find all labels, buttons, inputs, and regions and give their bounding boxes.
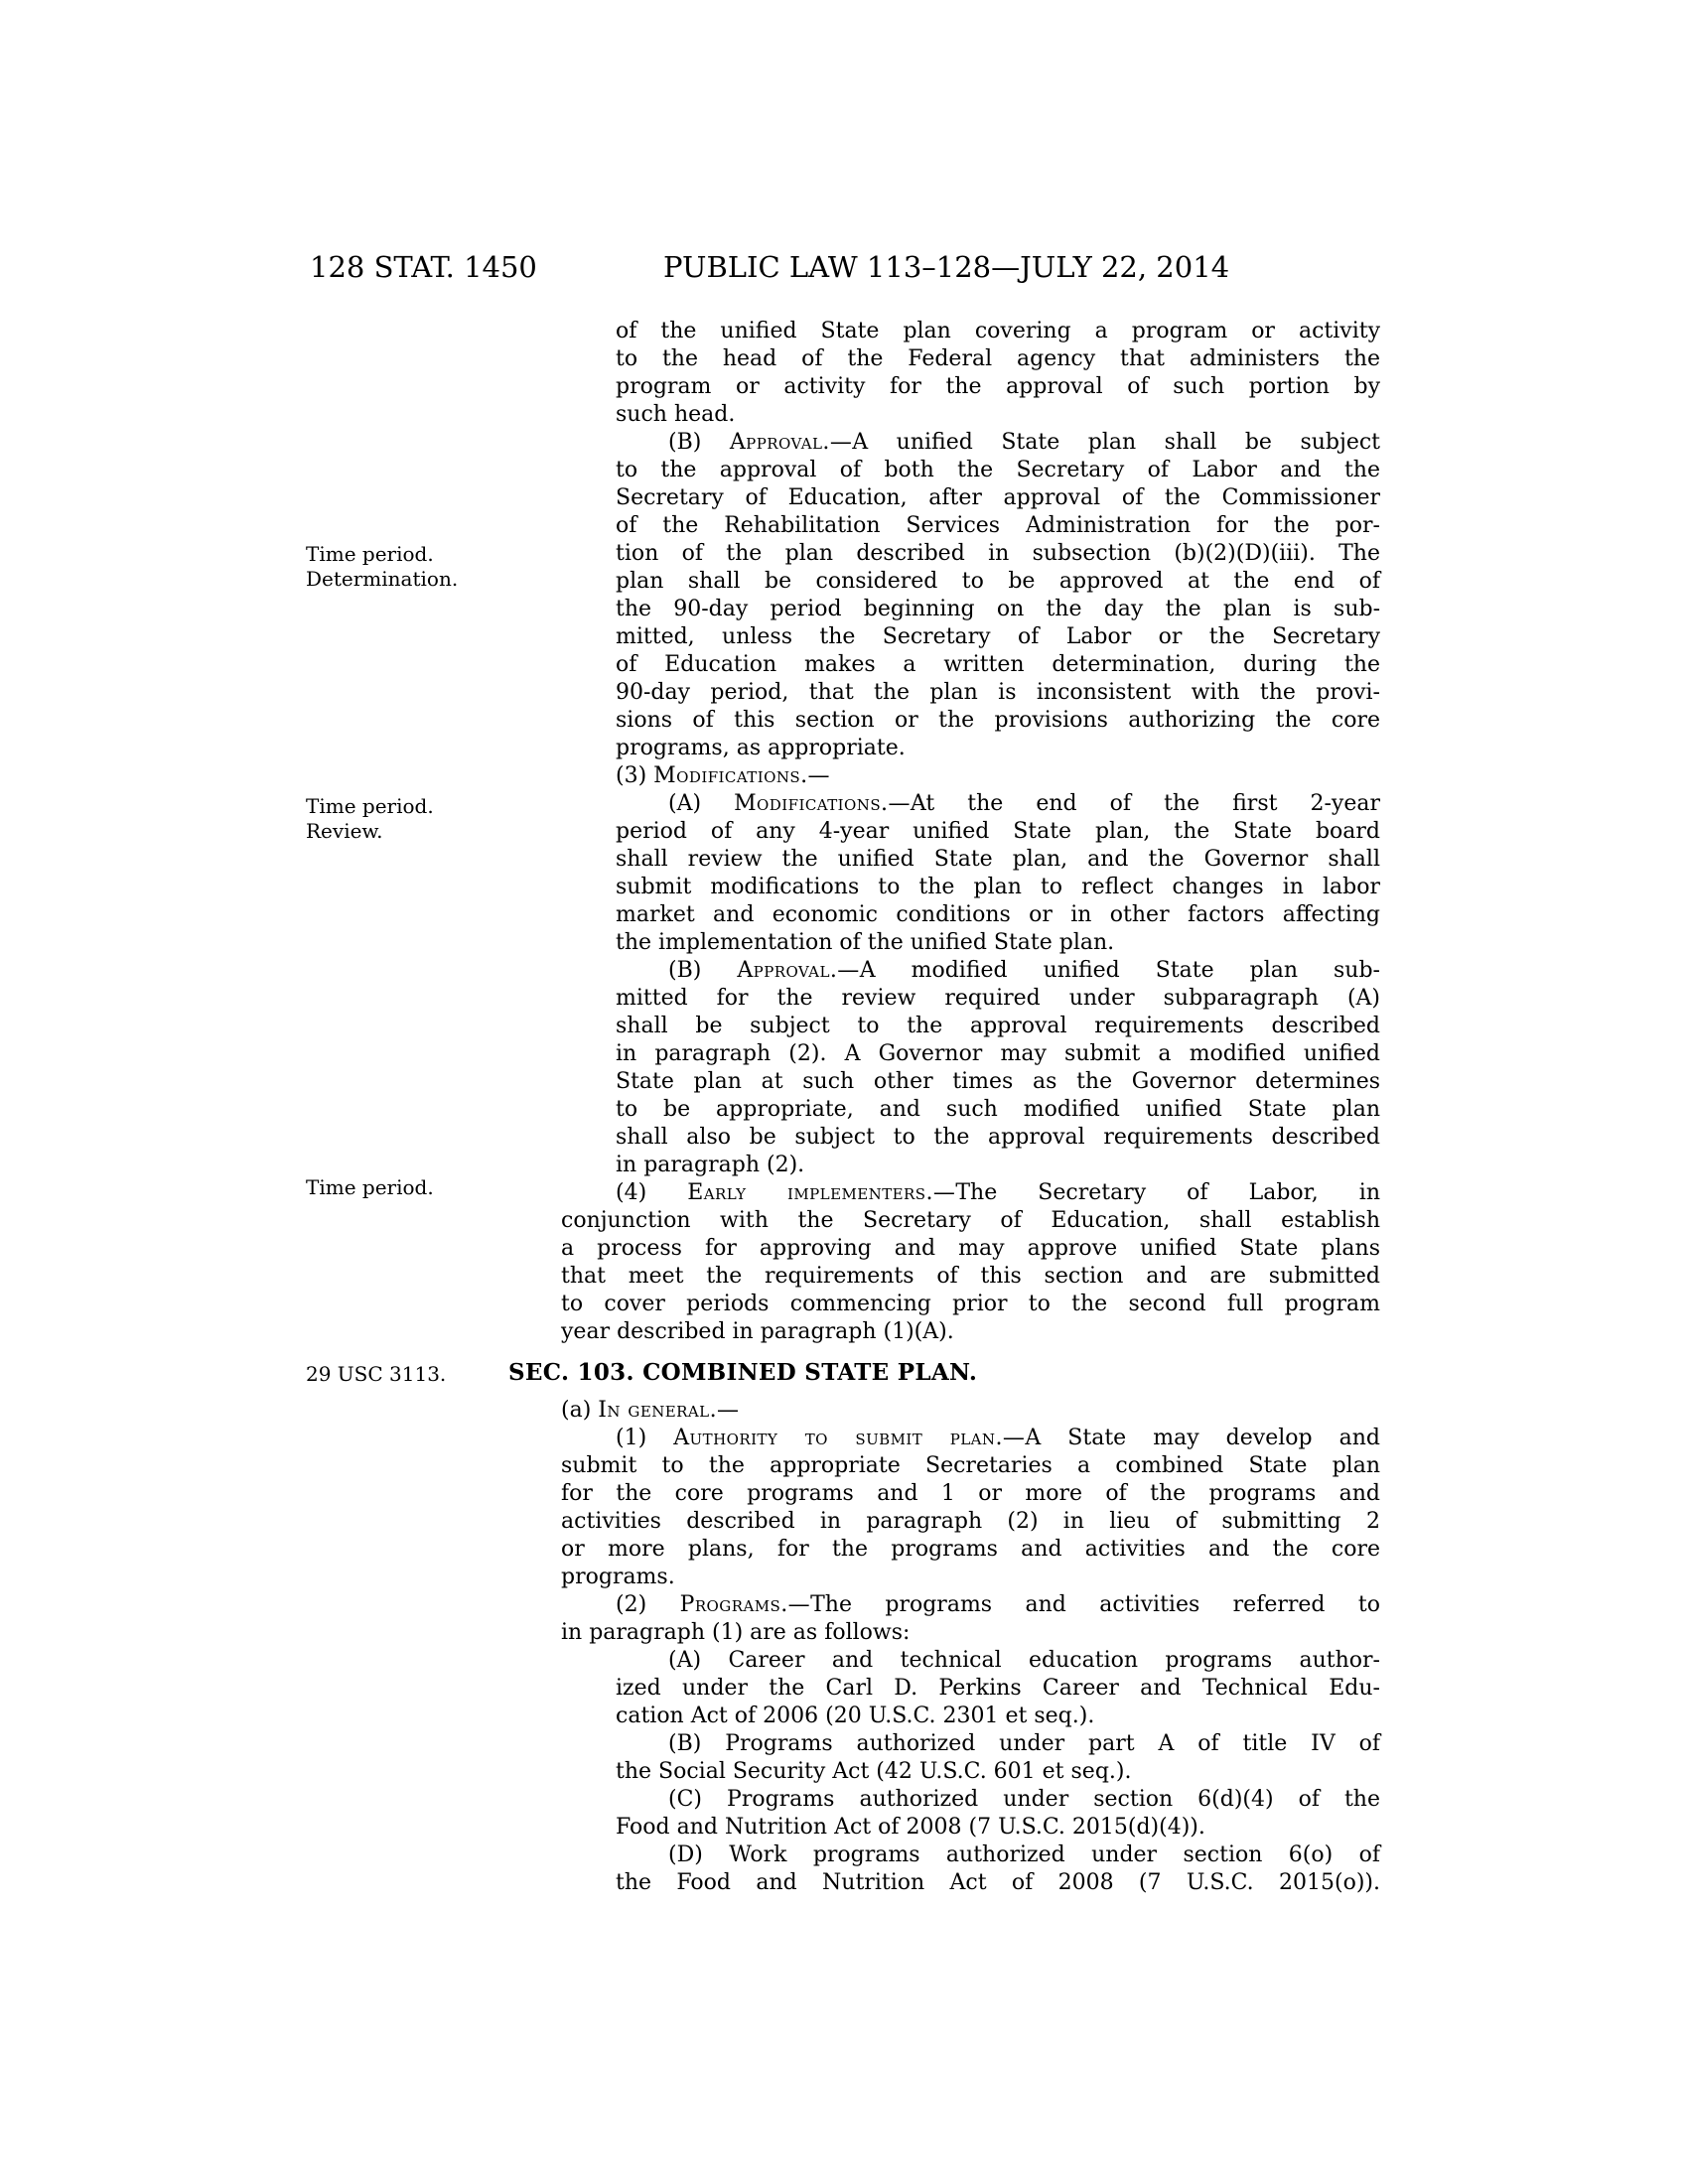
margin-note: Time period. Review. xyxy=(306,794,554,844)
running-head-law-title: PUBLIC LAW 113–128—JULY 22, 2014 xyxy=(663,250,1229,284)
body-line: sions of this section or the provisions … xyxy=(616,707,1380,735)
text-run: The programs and activities referred to xyxy=(810,1592,1380,1617)
body-line: State plan at such other times as the Go… xyxy=(616,1068,1380,1096)
body-line: shall review the unified State plan, and… xyxy=(616,846,1380,874)
body-line: (B) Approval.—A modified unified State p… xyxy=(668,957,1380,985)
body-line: such head. xyxy=(616,401,1380,429)
text-run: the implementation of the unified State … xyxy=(616,930,1114,955)
text-run: such head. xyxy=(616,402,735,427)
statute-text-upper-block: of the unified State plan covering a pro… xyxy=(561,318,1380,1346)
body-line: of the Rehabilitation Services Administr… xyxy=(616,512,1380,540)
small-caps-text: Modifications.— xyxy=(653,763,830,788)
margin-note-line: Review. xyxy=(306,819,554,844)
text-run: in paragraph (1) are as follows: xyxy=(561,1620,910,1645)
text-run: (4) xyxy=(616,1180,687,1205)
text-run: to cover periods commencing prior to the… xyxy=(561,1292,1380,1316)
body-line: or more plans, for the programs and acti… xyxy=(561,1536,1380,1564)
text-run: (A) xyxy=(668,791,734,816)
text-run: A modified unified State plan sub- xyxy=(860,958,1380,983)
text-run: the Social Security Act (42 U.S.C. 601 e… xyxy=(616,1759,1131,1784)
text-run: year described in paragraph (1)(A). xyxy=(561,1319,954,1344)
body-line: Secretary of Education, after approval o… xyxy=(616,484,1380,512)
body-line: submit to the appropriate Secretaries a … xyxy=(561,1452,1380,1480)
small-caps-text: Programs.— xyxy=(680,1592,811,1617)
body-line: cation Act of 2006 (20 U.S.C. 2301 et se… xyxy=(616,1703,1380,1730)
text-run: submit modifications to the plan to refl… xyxy=(616,875,1380,899)
text-run: or more plans, for the programs and acti… xyxy=(561,1537,1380,1562)
text-run: ized under the Carl D. Perkins Career an… xyxy=(616,1676,1380,1701)
text-run: shall also be subject to the approval re… xyxy=(616,1125,1380,1150)
body-line: tion of the plan described in subsection… xyxy=(616,540,1380,568)
body-line: submit modifications to the plan to refl… xyxy=(616,874,1380,901)
text-run: the Food and Nutrition Act of 2008 (7 U.… xyxy=(616,1870,1380,1895)
text-run: market and economic conditions or in oth… xyxy=(616,902,1380,927)
text-run: sions of this section or the provisions … xyxy=(616,708,1380,733)
text-run: The Secretary of Labor, in xyxy=(955,1180,1380,1205)
text-run: (D) Work programs authorized under secti… xyxy=(668,1843,1380,1867)
small-caps-text: Modifications.— xyxy=(734,791,911,816)
statute-page: 128 STAT. 1450 PUBLIC LAW 113–128—JULY 2… xyxy=(0,0,1688,2184)
text-run: (B) xyxy=(668,958,737,983)
body-line: programs, as appropriate. xyxy=(616,735,1380,762)
body-line: a process for approving and may approve … xyxy=(561,1235,1380,1263)
text-run: a process for approving and may approve … xyxy=(561,1236,1380,1261)
body-line: (1) Authority to submit plan.—A State ma… xyxy=(616,1425,1380,1452)
body-line: (A) Modifications.—At the end of the fir… xyxy=(668,790,1380,818)
text-run: plan shall be considered to be approved … xyxy=(616,569,1380,594)
margin-note-line: Time period. xyxy=(306,1175,554,1200)
statute-text-lower-block: (a) In general.—(1) Authority to submit … xyxy=(561,1397,1380,1897)
body-line: in paragraph (1) are as follows: xyxy=(561,1619,1380,1647)
text-run: mitted, unless the Secretary of Labor or… xyxy=(616,624,1380,649)
body-line: (C) Programs authorized under section 6(… xyxy=(668,1786,1380,1814)
text-run: At the end of the first 2-year xyxy=(911,791,1380,816)
body-line: (B) Programs authorized under part A of … xyxy=(668,1730,1380,1758)
page-stat-number: 128 STAT. 1450 xyxy=(310,250,537,284)
body-line: Food and Nutrition Act of 2008 (7 U.S.C.… xyxy=(616,1814,1380,1842)
body-line: for the core programs and 1 or more of t… xyxy=(561,1480,1380,1508)
text-run: of the Rehabilitation Services Administr… xyxy=(616,513,1380,538)
body-line: plan shall be considered to be approved … xyxy=(616,568,1380,596)
body-line: the Social Security Act (42 U.S.C. 601 e… xyxy=(616,1758,1380,1786)
body-line: shall be subject to the approval require… xyxy=(616,1013,1380,1040)
text-run: (2) xyxy=(616,1592,680,1617)
body-line: of Education makes a written determinati… xyxy=(616,651,1380,679)
text-run: to the approval of both the Secretary of… xyxy=(616,458,1380,482)
text-run: mitted for the review required under sub… xyxy=(616,986,1380,1011)
text-run: shall review the unified State plan, and… xyxy=(616,847,1380,872)
text-run: (1) xyxy=(616,1426,673,1450)
text-run: tion of the plan described in subsection… xyxy=(616,541,1380,566)
text-run: the 90-day period beginning on the day t… xyxy=(616,597,1380,621)
margin-note: Time period. Determination. xyxy=(306,542,554,592)
body-line: of the unified State plan covering a pro… xyxy=(616,318,1380,345)
body-line: to the approval of both the Secretary of… xyxy=(616,457,1380,484)
body-line: (D) Work programs authorized under secti… xyxy=(668,1842,1380,1869)
text-run: (B) xyxy=(668,430,730,455)
body-line: 90-day period, that the plan is inconsis… xyxy=(616,679,1380,707)
text-run: (a) xyxy=(561,1398,598,1423)
text-run: Secretary of Education, after approval o… xyxy=(616,485,1380,510)
text-run: for the core programs and 1 or more of t… xyxy=(561,1481,1380,1506)
body-line: to cover periods commencing prior to the… xyxy=(561,1291,1380,1318)
text-run: 90-day period, that the plan is inconsis… xyxy=(616,680,1380,705)
body-line: market and economic conditions or in oth… xyxy=(616,901,1380,929)
text-run: cation Act of 2006 (20 U.S.C. 2301 et se… xyxy=(616,1704,1094,1728)
section-heading: SEC. 103. COMBINED STATE PLAN. xyxy=(508,1359,977,1386)
text-run: submit to the appropriate Secretaries a … xyxy=(561,1453,1380,1478)
text-run: activities described in paragraph (2) in… xyxy=(561,1509,1380,1534)
small-caps-text: Early implementers.— xyxy=(687,1180,955,1205)
small-caps-text: Approval.— xyxy=(730,430,852,455)
body-line: to the head of the Federal agency that a… xyxy=(616,345,1380,373)
small-caps-text: Approval.— xyxy=(737,958,859,983)
margin-note: Time period. xyxy=(306,1175,554,1200)
body-line: the 90-day period beginning on the day t… xyxy=(616,596,1380,623)
body-line: year described in paragraph (1)(A). xyxy=(561,1318,1380,1346)
text-run: Food and Nutrition Act of 2008 (7 U.S.C.… xyxy=(616,1815,1205,1840)
small-caps-text: In general.— xyxy=(598,1398,739,1423)
body-line: conjunction with the Secretary of Educat… xyxy=(561,1207,1380,1235)
body-line: activities described in paragraph (2) in… xyxy=(561,1508,1380,1536)
text-run: (3) xyxy=(616,763,653,788)
text-run: period of any 4-year unified State plan,… xyxy=(616,819,1380,844)
text-run: programs, as appropriate. xyxy=(616,736,906,760)
margin-note-line: Time period. xyxy=(306,542,554,567)
text-run: conjunction with the Secretary of Educat… xyxy=(561,1208,1380,1233)
body-line: ized under the Carl D. Perkins Career an… xyxy=(616,1675,1380,1703)
text-run: of Education makes a written determinati… xyxy=(616,652,1380,677)
body-line: (3) Modifications.— xyxy=(616,762,1380,790)
margin-note-line: Time period. xyxy=(306,794,554,819)
body-line: the Food and Nutrition Act of 2008 (7 U.… xyxy=(616,1869,1380,1897)
small-caps-text: Authority to submit plan.— xyxy=(673,1426,1025,1450)
body-line: program or activity for the approval of … xyxy=(616,373,1380,401)
body-line: mitted, unless the Secretary of Labor or… xyxy=(616,623,1380,651)
body-line: to be appropriate, and such modified uni… xyxy=(616,1096,1380,1124)
body-line: (2) Programs.—The programs and activitie… xyxy=(616,1591,1380,1619)
body-line: in paragraph (2). A Governor may submit … xyxy=(616,1040,1380,1068)
body-line: (4) Early implementers.—The Secretary of… xyxy=(616,1179,1380,1207)
body-line: (B) Approval.—A unified State plan shall… xyxy=(668,429,1380,457)
body-line: (A) Career and technical education progr… xyxy=(668,1647,1380,1675)
body-line: (a) In general.— xyxy=(561,1397,1380,1425)
text-run: State plan at such other times as the Go… xyxy=(616,1069,1380,1094)
text-run: that meet the requirements of this secti… xyxy=(561,1264,1380,1289)
text-run: (B) Programs authorized under part A of … xyxy=(668,1731,1380,1756)
body-line: the implementation of the unified State … xyxy=(616,929,1380,957)
text-run: of the unified State plan covering a pro… xyxy=(616,319,1380,343)
text-run: in paragraph (2). xyxy=(616,1153,804,1177)
text-run: A unified State plan shall be subject xyxy=(852,430,1380,455)
body-line: period of any 4-year unified State plan,… xyxy=(616,818,1380,846)
body-line: shall also be subject to the approval re… xyxy=(616,1124,1380,1152)
text-run: programs. xyxy=(561,1565,675,1589)
text-run: to be appropriate, and such modified uni… xyxy=(616,1097,1380,1122)
text-run: shall be subject to the approval require… xyxy=(616,1014,1380,1038)
body-line: that meet the requirements of this secti… xyxy=(561,1263,1380,1291)
text-run: program or activity for the approval of … xyxy=(616,374,1380,399)
text-run: in paragraph (2). A Governor may submit … xyxy=(616,1041,1380,1066)
text-run: (A) Career and technical education progr… xyxy=(668,1648,1380,1673)
text-run: to the head of the Federal agency that a… xyxy=(616,346,1380,371)
body-line: programs. xyxy=(561,1564,1380,1591)
body-line: in paragraph (2). xyxy=(616,1152,1380,1179)
text-run: A State may develop and xyxy=(1025,1426,1380,1450)
body-line: mitted for the review required under sub… xyxy=(616,985,1380,1013)
text-run: (C) Programs authorized under section 6(… xyxy=(668,1787,1380,1812)
margin-note-line: Determination. xyxy=(306,567,554,592)
